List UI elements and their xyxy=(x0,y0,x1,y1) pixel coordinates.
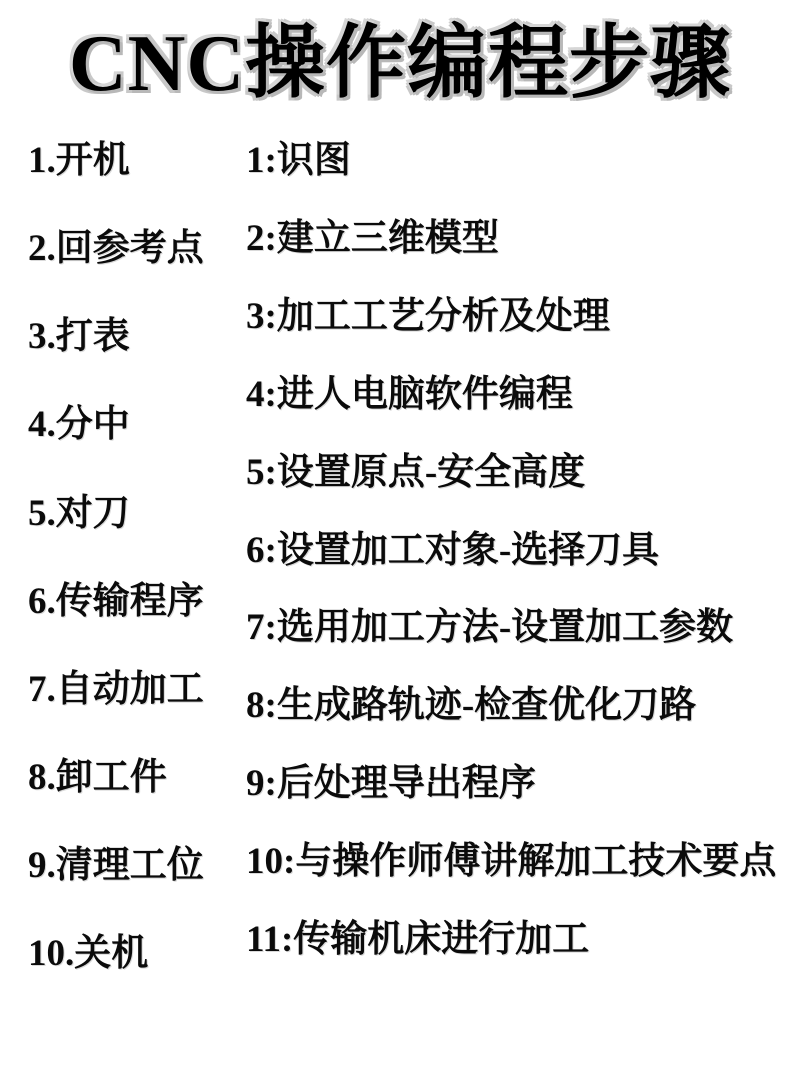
document-page: CNC操作编程步骤 1.开机 2.回参考点 3.打表 4.分中 5.对刀 6.传… xyxy=(0,0,800,1069)
right-step-item: 1:识图 xyxy=(246,142,776,181)
machine-operation-steps-column: 1.开机 2.回参考点 3.打表 4.分中 5.对刀 6.传输程序 7.自动加工… xyxy=(28,142,204,974)
left-step-item: 3.打表 xyxy=(28,318,204,357)
right-step-item: 7:选用加工方法-设置加工参数 xyxy=(246,609,776,648)
right-step-item: 2:建立三维模型 xyxy=(246,220,776,259)
page-title: CNC操作编程步骤 xyxy=(0,14,800,114)
left-step-item: 2.回参考点 xyxy=(28,230,204,269)
right-step-item: 5:设置原点-安全高度 xyxy=(246,454,776,493)
left-step-item: 4.分中 xyxy=(28,406,204,445)
left-step-item: 6.传输程序 xyxy=(28,583,204,622)
left-step-item: 5.对刀 xyxy=(28,495,204,534)
right-step-item: 6:设置加工对象-选择刀具 xyxy=(246,532,776,571)
left-step-item: 9.清理工位 xyxy=(28,847,204,886)
right-step-item: 4:进人电脑软件编程 xyxy=(246,376,776,415)
left-step-item: 7.自动加工 xyxy=(28,671,204,710)
right-step-item: 3:加工工艺分析及处理 xyxy=(246,298,776,337)
right-step-item: 10:与操作师傅讲解加工技术要点 xyxy=(246,843,776,882)
left-step-item: 10.关机 xyxy=(28,935,204,974)
right-step-item: 9:后处理导出程序 xyxy=(246,765,776,804)
left-step-item: 8.卸工件 xyxy=(28,759,204,798)
left-step-item: 1.开机 xyxy=(28,142,204,181)
programming-steps-column: 1:识图 2:建立三维模型 3:加工工艺分析及处理 4:进人电脑软件编程 5:设… xyxy=(246,142,776,960)
right-step-item: 11:传输机床进行加工 xyxy=(246,921,776,960)
right-step-item: 8:生成路轨迹-检查优化刀路 xyxy=(246,687,776,726)
